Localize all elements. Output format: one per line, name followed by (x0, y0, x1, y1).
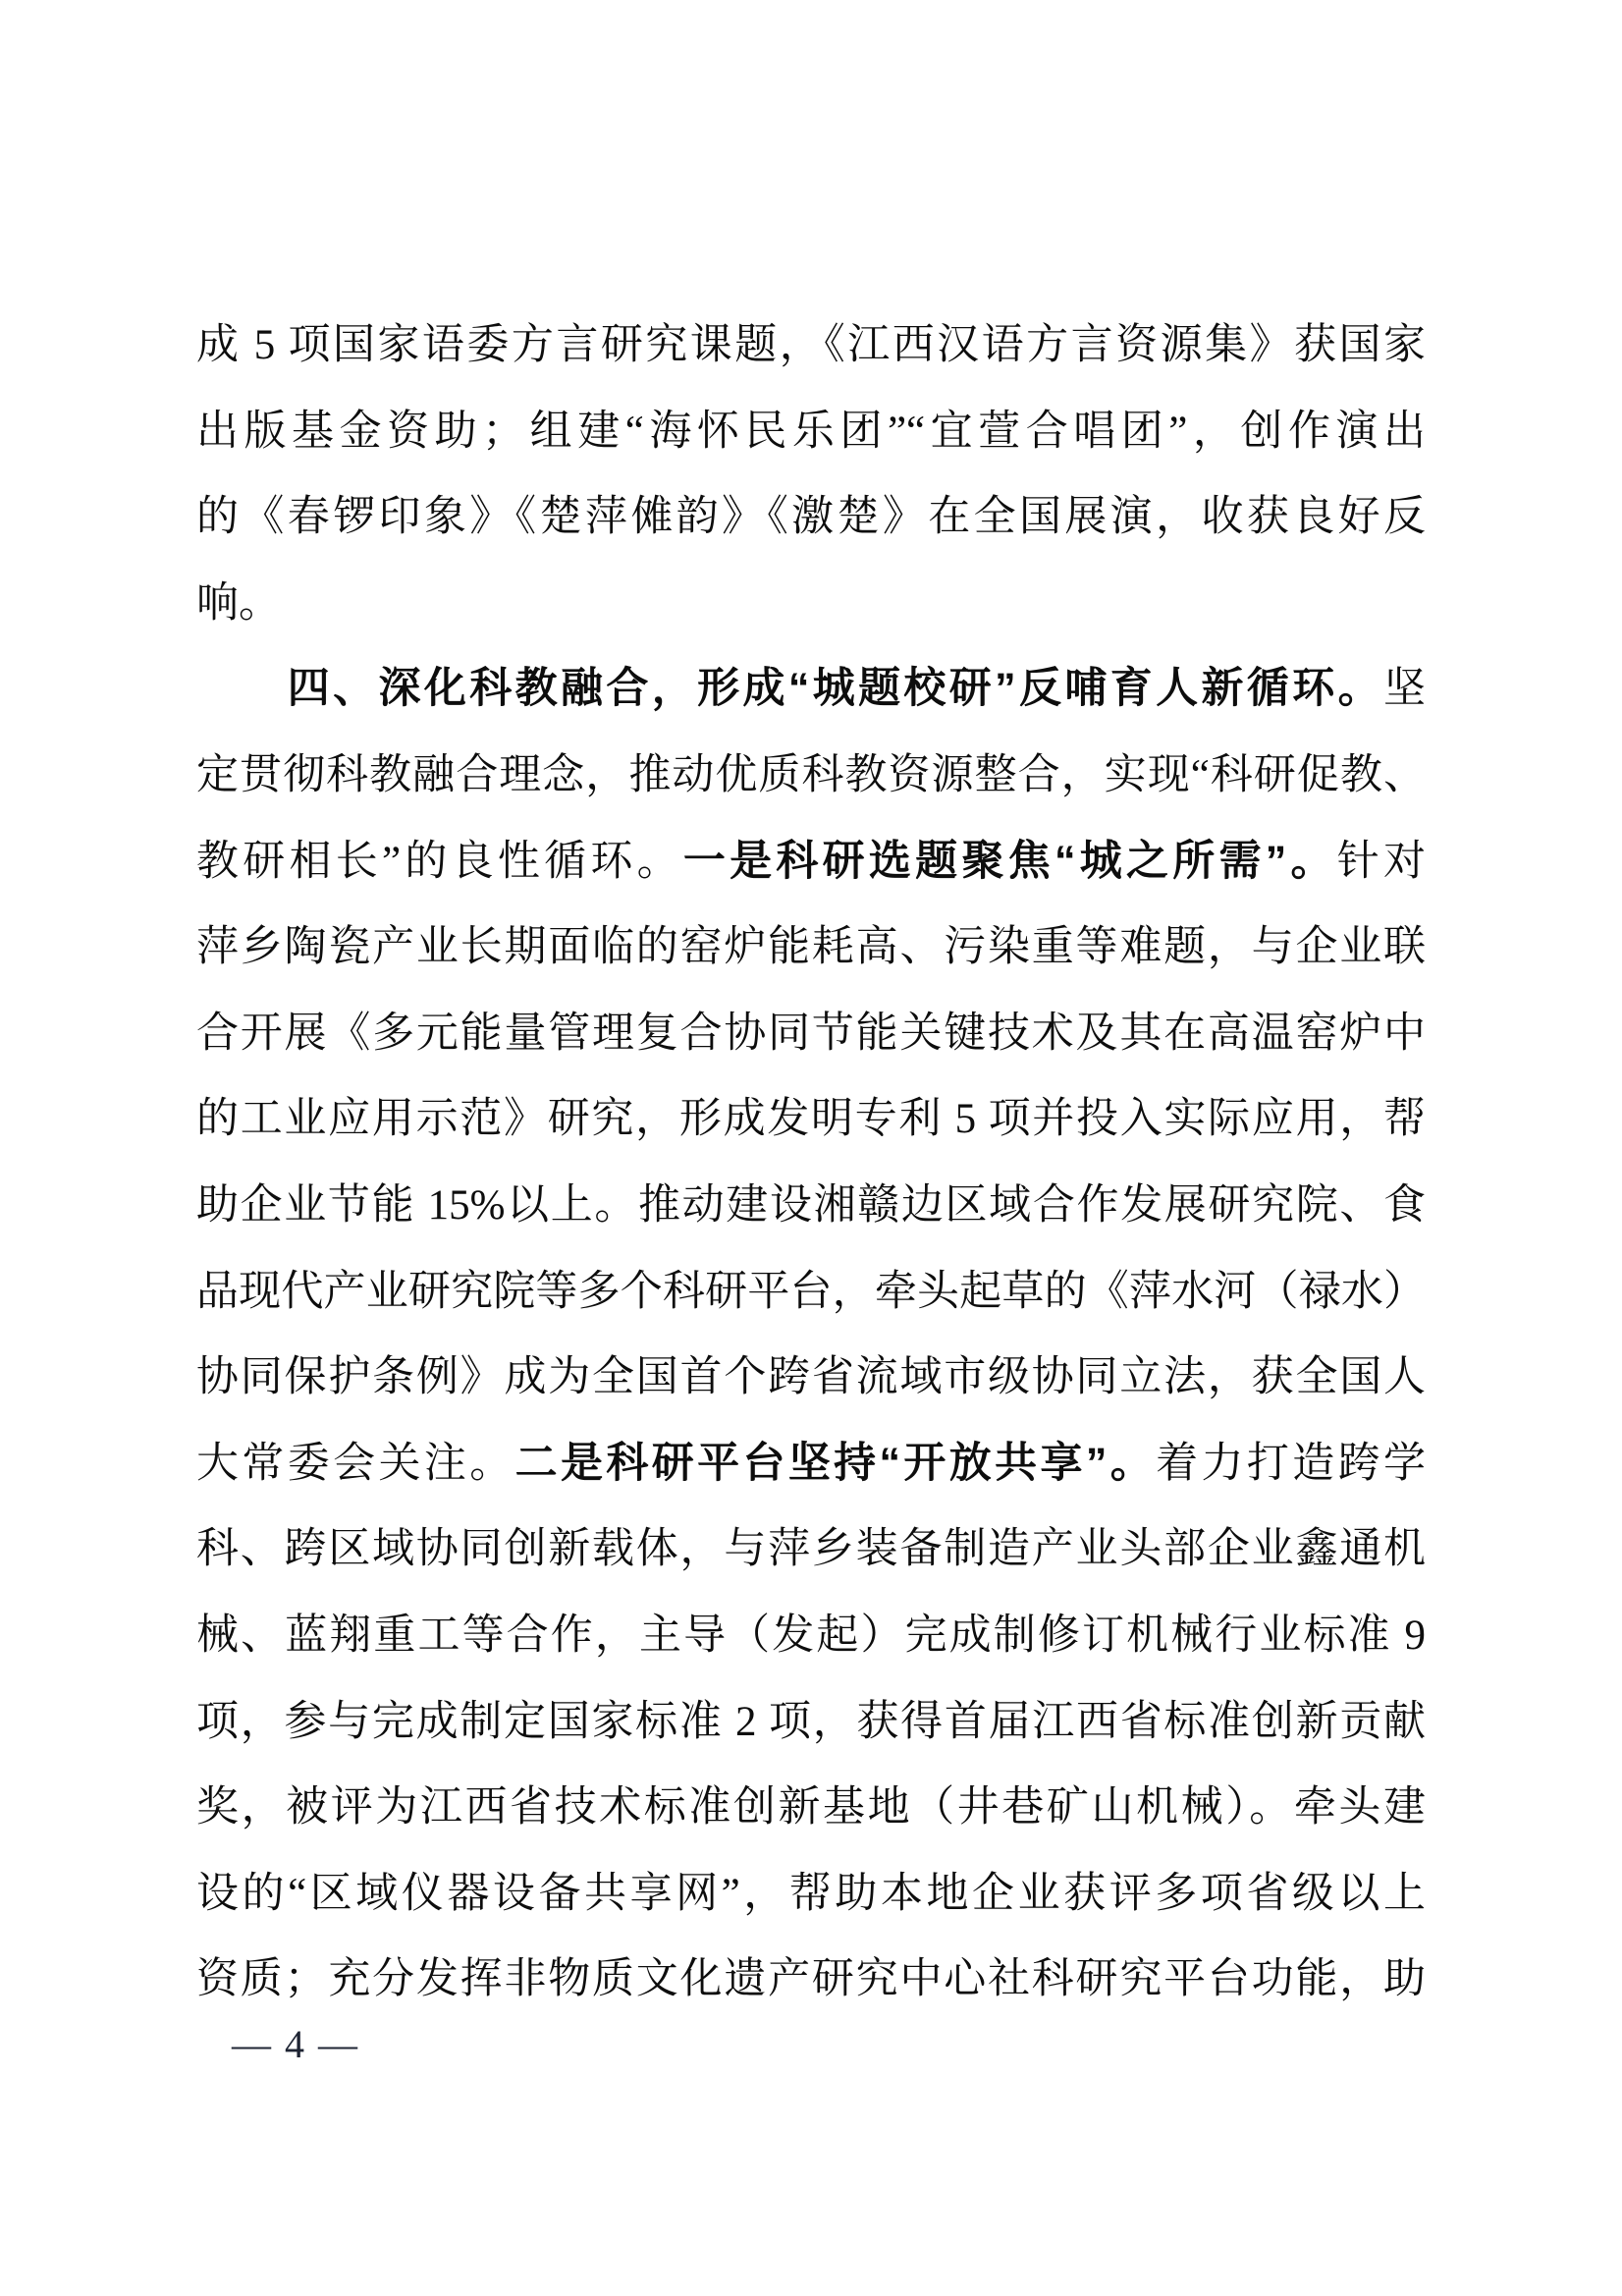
text-segment: 针对 (1337, 839, 1426, 885)
text-segment: 助企业节能 15%以上。推动建设湘赣边区域合作发展研究院、食 (196, 1182, 1426, 1229)
text-line: 械、蓝翔重工等合作，主导（发起）完成制修订机械行业标准 9 (196, 1593, 1426, 1679)
text-segment: 设的“区域仪器设备共享网”，帮助本地企业获评多项省级以上 (196, 1871, 1426, 1917)
text-line: 成 5 项国家语委方言研究课题，《江西汉语方言资源集》获国家 (196, 302, 1426, 389)
text-line: 教研相长”的良性循环。一是科研选题聚焦“城之所需”。针对 (196, 819, 1426, 905)
text-line: 资质；充分发挥非物质文化遗产研究中心社科研究平台功能，助 (196, 1937, 1426, 2023)
text-line: 萍乡陶瓷产业长期面临的窑炉能耗高、污染重等难题，与企业联 (196, 904, 1426, 991)
text-segment: 项，参与完成制定国家标准 2 项，获得首届江西省标准创新贡献 (196, 1699, 1426, 1745)
text-line: 大常委会关注。二是科研平台坚持“开放共享”。着力打造跨学 (196, 1421, 1426, 1507)
text-segment-bold: 二是科研平台坚持“开放共享”。 (515, 1440, 1157, 1487)
text-segment: 教研相长”的良性循环。 (196, 839, 683, 885)
text-segment: 着力打造跨学 (1156, 1441, 1426, 1487)
text-line: 四、深化科教融合，形成“城题校研”反哺育人新循环。坚 (196, 646, 1426, 733)
text-segment: 械、蓝翔重工等合作，主导（发起）完成制修订机械行业标准 9 (196, 1613, 1426, 1659)
document-body: 成 5 项国家语委方言研究课题，《江西汉语方言资源集》获国家出版基金资助；组建“… (196, 302, 1426, 2023)
page-number: — 4 — (232, 2019, 359, 2070)
text-segment: 奖，被评为江西省技术标准创新基地（井巷矿山机械）。牵头建 (196, 1784, 1426, 1831)
text-segment: 萍乡陶瓷产业长期面临的窑炉能耗高、污染重等难题，与企业联 (196, 924, 1426, 970)
paragraph-continued-from-previous-page: 成 5 项国家语委方言研究课题，《江西汉语方言资源集》获国家出版基金资助；组建“… (196, 302, 1426, 646)
text-segment: 响。 (196, 580, 281, 627)
text-line: 合开展《多元能量管理复合协同节能关键技术及其在高温窑炉中 (196, 991, 1426, 1077)
text-line: 助企业节能 15%以上。推动建设湘赣边区域合作发展研究院、食 (196, 1163, 1426, 1249)
text-line: 科、跨区域协同创新载体，与萍乡装备制造产业头部企业鑫通机 (196, 1506, 1426, 1593)
document-page: 成 5 项国家语委方言研究课题，《江西汉语方言资源集》获国家出版基金资助；组建“… (0, 0, 1622, 2296)
text-line: 定贯彻科教融合理念，推动优质科教资源整合，实现“科研促教、 (196, 733, 1426, 819)
text-segment (196, 666, 288, 712)
text-segment: 出版基金资助；组建“海怀民乐团”“宜萱合唱团”，创作演出 (196, 409, 1426, 455)
text-line: 的工业应用示范》研究，形成发明专利 5 项并投入实际应用，帮 (196, 1076, 1426, 1163)
text-segment: 资质；充分发挥非物质文化遗产研究中心社科研究平台功能，助 (196, 1956, 1426, 2002)
text-segment: 品现代产业研究院等多个科研平台，牵头起草的《萍水河（禄水） (196, 1269, 1426, 1315)
text-segment: 定贯彻科教融合理念，推动优质科教资源整合，实现“科研促教、 (196, 752, 1426, 798)
text-line: 品现代产业研究院等多个科研平台，牵头起草的《萍水河（禄水） (196, 1249, 1426, 1336)
text-segment: 的《春锣印象》《楚萍傩韵》《激楚》在全国展演，收获良好反 (196, 494, 1426, 540)
text-segment: 合开展《多元能量管理复合协同节能关键技术及其在高温窑炉中 (196, 1011, 1426, 1057)
paragraph-section-four: 四、深化科教融合，形成“城题校研”反哺育人新循环。坚定贯彻科教融合理念，推动优质… (196, 646, 1426, 2023)
text-segment: 的工业应用示范》研究，形成发明专利 5 项并投入实际应用，帮 (196, 1096, 1426, 1142)
text-line: 的《春锣印象》《楚萍傩韵》《激楚》在全国展演，收获良好反 (196, 474, 1426, 561)
text-segment: 大常委会关注。 (196, 1441, 515, 1487)
text-segment-bold: 一是科研选题聚焦“城之所需”。 (683, 838, 1337, 885)
text-segment: 科、跨区域协同创新载体，与萍乡装备制造产业头部企业鑫通机 (196, 1526, 1426, 1572)
text-segment-bold: 四、深化科教融合，形成“城题校研”反哺育人新循环。 (288, 665, 1383, 712)
text-line: 奖，被评为江西省技术标准创新基地（井巷矿山机械）。牵头建 (196, 1765, 1426, 1851)
text-line: 设的“区域仪器设备共享网”，帮助本地企业获评多项省级以上 (196, 1851, 1426, 1938)
text-segment: 坚 (1383, 666, 1426, 712)
text-segment: 协同保护条例》成为全国首个跨省流域市级协同立法，获全国人 (196, 1354, 1426, 1400)
text-line: 响。 (196, 561, 1426, 647)
text-line: 项，参与完成制定国家标准 2 项，获得首届江西省标准创新贡献 (196, 1679, 1426, 1766)
text-line: 出版基金资助；组建“海怀民乐团”“宜萱合唱团”，创作演出 (196, 389, 1426, 475)
text-line: 协同保护条例》成为全国首个跨省流域市级协同立法，获全国人 (196, 1335, 1426, 1421)
text-segment: 成 5 项国家语委方言研究课题，《江西汉语方言资源集》获国家 (196, 322, 1426, 368)
